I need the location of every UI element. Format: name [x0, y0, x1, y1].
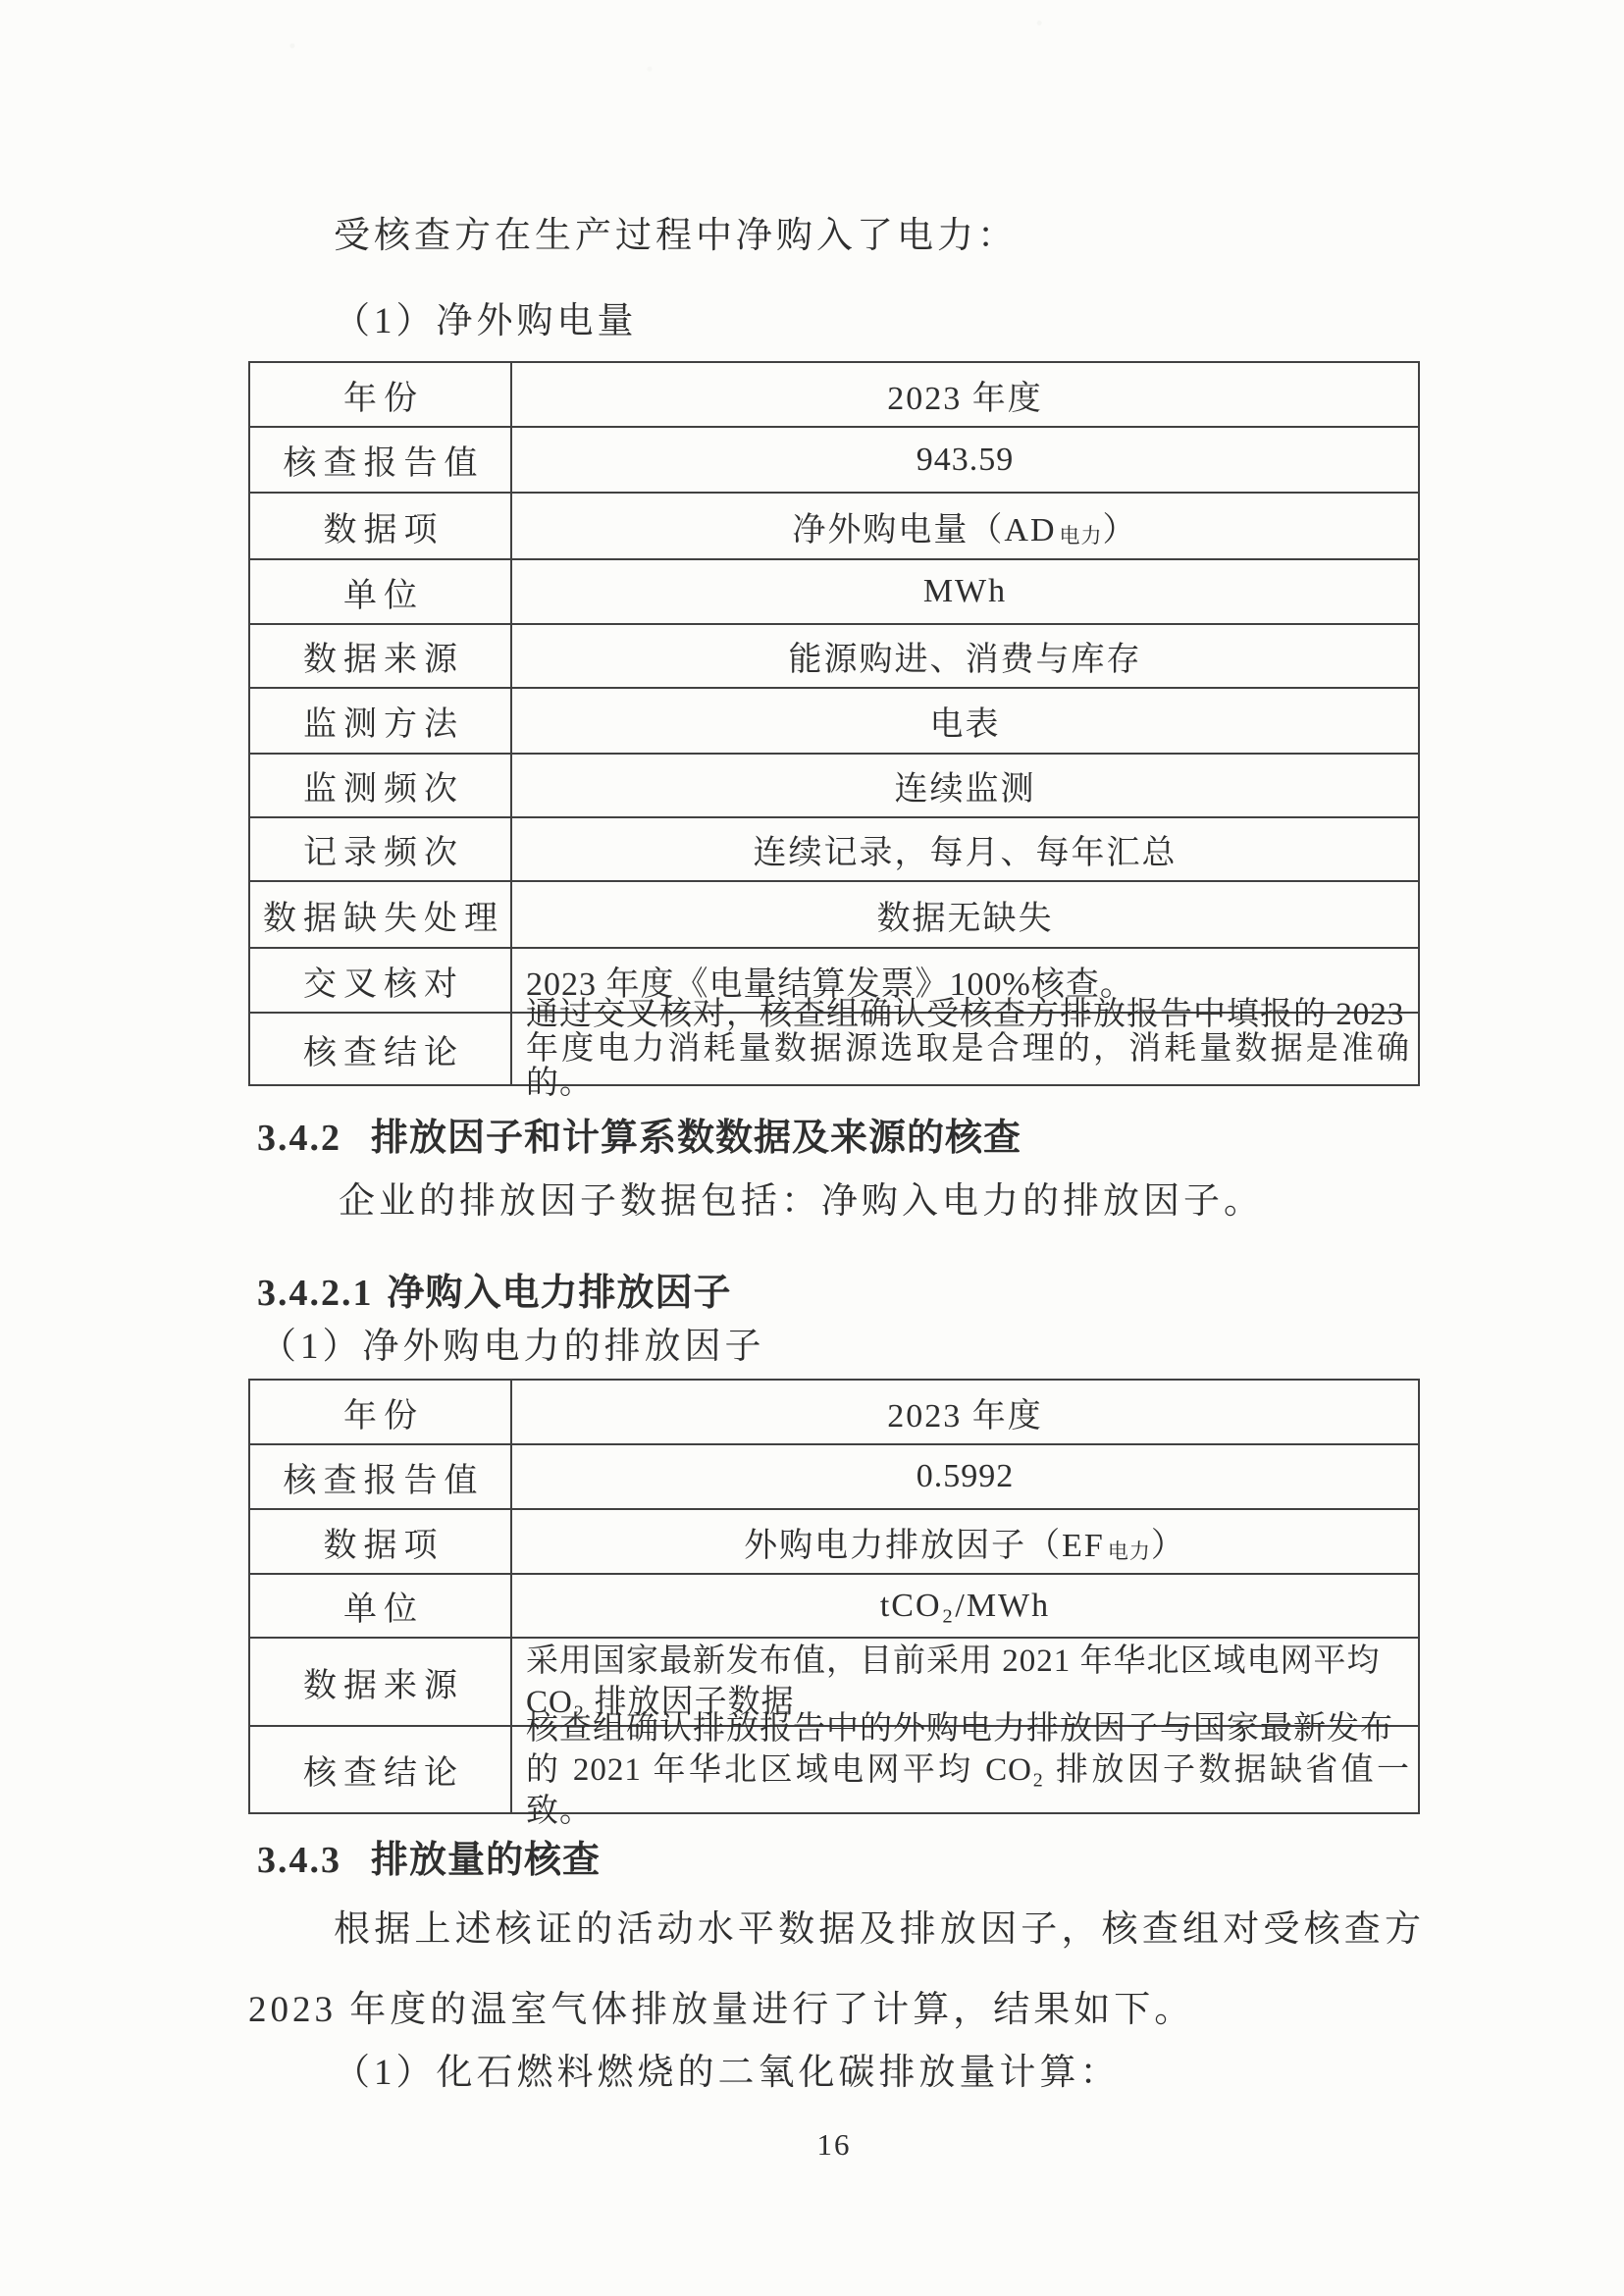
verification-table-activity-data: 年份 2023 年度 核查报告值 943.59 数据项 净外购电量（AD电力） … [248, 361, 1420, 1086]
table-row: 核查报告值 943.59 [250, 428, 1418, 494]
row-value: 连续记录，每月、每年汇总 [512, 818, 1418, 880]
paragraph-emission-calc-line1: 根据上述核证的活动水平数据及排放因子，核查组对受核查方 [334, 1907, 1421, 1953]
section-number: 3.4.2 [257, 1118, 341, 1159]
table-row: 核查结论 通过交叉核对，核查组确认受核查方排放报告中填报的 2023 年度电力消… [250, 1014, 1418, 1084]
item-heading-net-purchased-electricity: （1）净外购电量 [334, 299, 638, 344]
paragraph-emission-factor-scope: 企业的排放因子数据包括：净购入电力的排放因子。 [339, 1179, 1264, 1225]
row-label: 数据项 [250, 494, 512, 558]
table-row: 记录频次 连续记录，每月、每年汇总 [250, 818, 1418, 882]
table-row: 核查结论 核查组确认排放报告中的外购电力排放因子与国家最新发布 的 2021 年… [250, 1727, 1418, 1812]
row-value: 0.5992 [512, 1445, 1418, 1508]
row-value: 2023 年度 [512, 1381, 1418, 1443]
row-label: 核查报告值 [250, 1445, 512, 1508]
paragraph-emission-calc-line2: 2023 年度的温室气体排放量进行了计算，结果如下。 [248, 1988, 1194, 2033]
row-value: 电表 [512, 689, 1418, 753]
table-row: 监测方法 电表 [250, 689, 1418, 755]
item-heading-fossil-fuel-co2-calc: （1）化石燃料燃烧的二氧化碳排放量计算： [334, 2051, 1121, 2096]
row-label: 年份 [250, 363, 512, 426]
row-value: 943.59 [512, 428, 1418, 492]
table-row: 核查报告值 0.5992 [250, 1445, 1418, 1510]
table-row: 单位 MWh [250, 560, 1418, 625]
row-label: 核查报告值 [250, 428, 512, 492]
row-label: 数据项 [250, 1510, 512, 1573]
row-value: 能源购进、消费与库存 [512, 625, 1418, 687]
table-row: 年份 2023 年度 [250, 363, 1418, 428]
table-row: 数据来源 能源购进、消费与库存 [250, 625, 1418, 689]
row-value: 2023 年度 [512, 363, 1418, 426]
row-label: 监测方法 [250, 689, 512, 753]
row-value: 通过交叉核对，核查组确认受核查方排放报告中填报的 2023 年度电力消耗量数据源… [512, 1014, 1418, 1084]
row-value: tCO₂/MWh [512, 1575, 1418, 1637]
row-label: 核查结论 [250, 1014, 512, 1084]
table-row: 单位 tCO₂/MWh [250, 1575, 1418, 1639]
row-value: 净外购电量（AD电力） [512, 494, 1418, 558]
document-page: 受核查方在生产过程中净购入了电力： （1）净外购电量 年份 2023 年度 核查… [0, 0, 1624, 2296]
row-label: 记录频次 [250, 818, 512, 880]
subscript-label: 电力 [1060, 520, 1103, 549]
section-title: 排放因子和计算系数数据及来源的核查 [371, 1118, 1022, 1159]
section-title: 净购入电力排放因子 [388, 1273, 732, 1314]
table-row: 数据项 外购电力排放因子（EF电力） [250, 1510, 1418, 1575]
row-value: 外购电力排放因子（EF电力） [512, 1510, 1418, 1573]
section-heading-3-4-3: 3.4.3排放量的核查 [257, 1829, 601, 1883]
row-value: 核查组确认排放报告中的外购电力排放因子与国家最新发布 的 2021 年华北区域电… [512, 1727, 1418, 1812]
table-row: 监测频次 连续监测 [250, 755, 1418, 818]
row-value: MWh [512, 560, 1418, 623]
row-label: 数据来源 [250, 625, 512, 687]
table-row: 数据缺失处理 数据无缺失 [250, 882, 1418, 949]
row-label: 交叉核对 [250, 949, 512, 1012]
section-title: 排放量的核查 [371, 1840, 601, 1881]
row-label: 核查结论 [250, 1727, 512, 1812]
row-label: 数据缺失处理 [250, 882, 512, 947]
row-label: 单位 [250, 560, 512, 623]
intro-paragraph: 受核查方在生产过程中净购入了电力： [334, 214, 1018, 259]
row-label: 数据来源 [250, 1639, 512, 1725]
verification-table-emission-factor: 年份 2023 年度 核查报告值 0.5992 数据项 外购电力排放因子（EF电… [248, 1379, 1420, 1814]
row-label: 监测频次 [250, 755, 512, 816]
item-heading-purchased-electricity-ef: （1）净外购电力的排放因子 [260, 1325, 765, 1370]
section-number: 3.4.3 [257, 1840, 341, 1881]
section-heading-3-4-2: 3.4.2排放因子和计算系数数据及来源的核查 [257, 1107, 1022, 1161]
row-value: 数据无缺失 [512, 882, 1418, 947]
section-heading-3-4-2-1: 3.4.2.1净购入电力排放因子 [257, 1262, 732, 1316]
table-row: 数据项 净外购电量（AD电力） [250, 494, 1418, 560]
section-number: 3.4.2.1 [257, 1273, 374, 1314]
page-number: 16 [248, 2127, 1420, 2163]
subscript-label: 电力 [1108, 1536, 1151, 1565]
table-row: 年份 2023 年度 [250, 1381, 1418, 1445]
row-label: 单位 [250, 1575, 512, 1637]
row-value: 连续监测 [512, 755, 1418, 816]
row-label: 年份 [250, 1381, 512, 1443]
